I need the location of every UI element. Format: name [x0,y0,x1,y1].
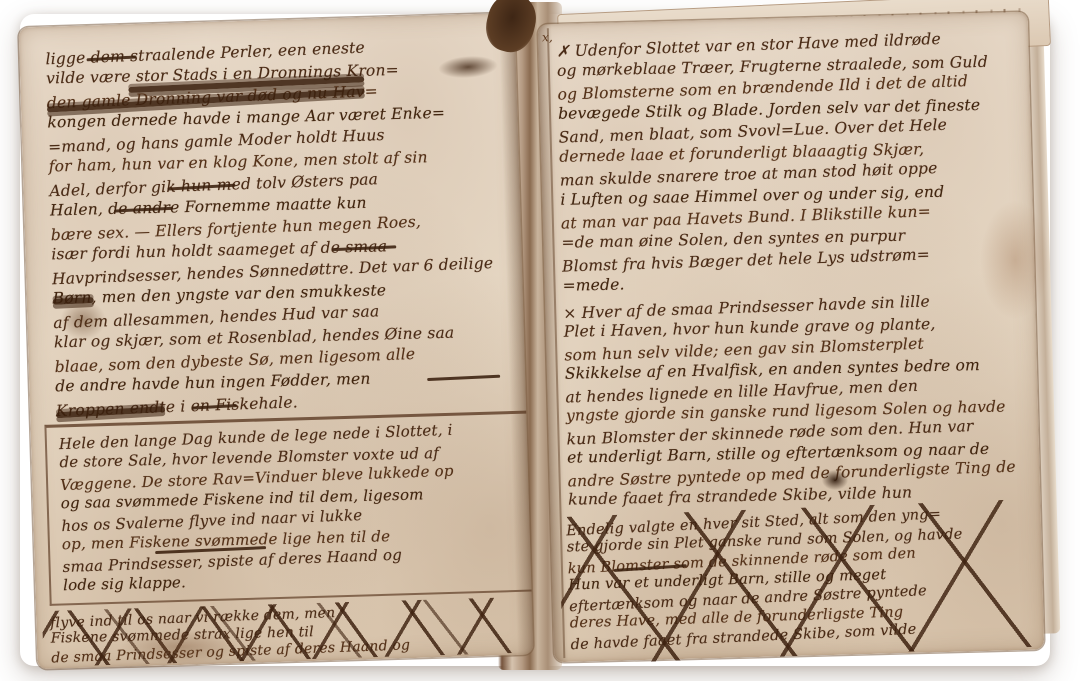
handwritten-text: lode sig klappe. [63,573,186,594]
ink-strikethrough [427,375,500,381]
handwritten-text: =mede. [562,275,624,294]
right-page-paragraph-1: ✗ Udenfor Slottet var en stor Have med i… [556,28,1025,298]
left-page-crossed-out-text: flyve ind til os naar vi række dem, menF… [42,597,529,667]
manuscript-page-right: x, ✗ Udenfor Slottet var en stor Have me… [538,12,1045,663]
right-page-paragraph-2: × Hver af de smaa Prindsesser havde sin … [563,290,1032,512]
margin-mark: x, [542,30,553,44]
right-page-crossed-out-text: Endelig valgte en hver sit Sted, alt som… [558,499,1037,665]
left-page-boxed-paragraph: Hele den lange Dag kunde de lege nede i … [44,411,531,606]
manuscript-photo: ligge dem straalende Perler, een enestev… [0,0,1080,681]
left-page-main-text: ligge dem straalende Perler, een enestev… [45,33,510,420]
manuscript-page-left: ligge dem straalende Perler, een enestev… [19,13,534,669]
